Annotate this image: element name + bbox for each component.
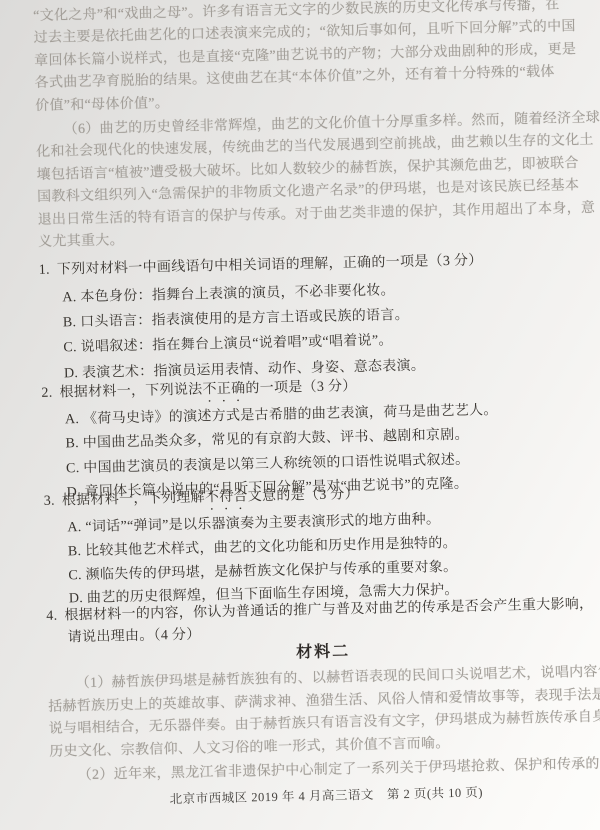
question-3-number: 3.	[44, 494, 55, 509]
question-3: 3.根据材料一，下列理解不符合文意的是（3 分） A. “词话”“弹词”是以乐器…	[44, 478, 599, 612]
question-2-number: 2.	[41, 386, 52, 401]
question-2-stem-text: 根据材料一，下列说法	[59, 382, 202, 400]
question-2-stem-emphasis: 不正确	[202, 381, 245, 397]
question-3-stem-emphasis: 不符合	[205, 489, 248, 505]
question-3-stem-text: 根据材料一，下列理解	[62, 490, 205, 508]
exam-sheet: “文化之舟”和“戏曲之母”。许多有语言无文字的少数民族的历史文化传承与传播，在 …	[33, 0, 600, 830]
material-one-paragraph-6: （6）曲艺的历史曾经非常辉煌，曲艺的文化价值十分厚重多样。然而，随着经济全球 化…	[35, 108, 590, 254]
question-1-stem-text: 下列对材料一中画线语句中相关词语的理解，正确的一项是（3 分）	[57, 253, 483, 277]
material-one-paragraph-tail: “文化之舟”和“戏曲之母”。许多有语言无文字的少数民族的历史文化传承与传播，在 …	[33, 0, 587, 118]
scanned-exam-page: “文化之舟”和“戏曲之母”。许多有语言无文字的少数民族的历史文化传承与传播，在 …	[0, 0, 600, 830]
question-1: 1.下列对材料一中画线语句中相关词语的理解，正确的一项是（3 分） A. 本色身…	[38, 246, 593, 387]
question-1-number: 1.	[39, 263, 50, 278]
material-two-paragraph-1: （1）赫哲族伊玛堪是赫哲族独有的、以赫哲语表现的民间口头说唱艺术，说唱内容包 括…	[48, 662, 600, 764]
question-4-number: 4.	[46, 609, 57, 624]
